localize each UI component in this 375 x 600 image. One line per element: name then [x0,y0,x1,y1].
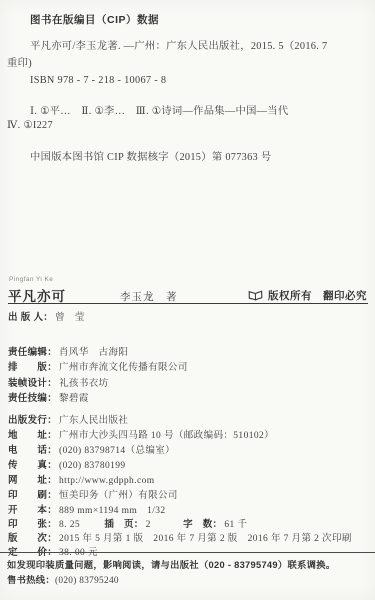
sheets-label: 印 张： [8,519,57,530]
sales-hotline: 售书热线：(020) 83795240 [7,572,119,586]
row-label: 出版发行： [8,415,57,426]
cip-entry-line2: 重印) [7,54,32,69]
row-format: 开 本：889 mm×1194 mm 1/32 [8,502,166,516]
quality-notice: 如发现印装质量问题，影响阅读，请与出版社（020 - 83795749）联系调换… [7,557,335,571]
wordcount-value: 61 千 [222,520,247,530]
title-divider-rule [8,303,368,304]
row-label: 地 址： [8,430,57,441]
row-fax: 传 真：(020) 83780199 [8,457,126,471]
wordcount-label: 字 数： [183,519,222,530]
row-value: 曾 莹 [53,313,85,323]
sheets-value: 8. 25 [57,520,80,530]
row-value: 2015 年 5 月第 1 版 2016 年 7 月第 2 版 2016 年 7… [57,534,352,544]
title-pinyin: Pingfan Yi Ke [9,276,53,283]
copyright-notice: 版权所有 翻印必究 [248,288,367,303]
row-label: 开 本： [8,505,57,516]
row-label: 版 次： [8,533,57,544]
row-design: 装帧设计：礼孩书衣坊 [8,375,109,389]
row-sheets-inserts-words: 印 张：8. 25 插 页：2 字 数：61 千 [8,516,247,530]
row-value: http://www.gdpph.com [57,476,155,486]
open-book-icon [248,290,263,301]
row-value: (020) 83798714（总编室） [57,446,175,456]
footer-divider-rule [0,552,375,553]
row-value: 礼孩书衣坊 [57,379,109,389]
book-author: 李玉龙 著 [120,289,178,304]
copyright-page: 图书在版编目（CIP）数据 平凡亦可/李玉龙著. —广州：广东人民出版社，201… [0,0,375,600]
row-price: 定 价：38. 00 元 [8,544,98,558]
hotline-number: (020) 83795240 [55,576,119,586]
row-value: (020) 83780199 [57,461,126,471]
row-label: 装帧设计： [8,378,57,389]
row-printer: 印 刷：恒美印务（广州）有限公司 [8,487,178,501]
row-website: 网 址：http://www.gdpph.com [8,472,155,486]
row-value: 黎碧霞 [57,394,89,404]
row-editor: 责任编辑：肖风华 古海阳 [8,344,128,358]
row-publisher-person: 出 版 人：曾 莹 [8,309,85,323]
cip-entry-line1: 平凡亦可/李玉龙著. —广州：广东人民出版社，2015. 5（2016. 7 [30,37,327,52]
row-label: 出 版 人： [8,312,53,323]
row-phone: 电 话：(020) 83798714（总编室） [8,442,175,456]
row-label: 责任编辑： [8,347,57,358]
book-title: 平凡亦可 [8,285,66,305]
row-value: 广东人民出版社 [57,416,128,426]
inserts-value: 2 [144,520,151,530]
row-label: 传 真： [8,460,57,471]
row-value: 肖风华 古海阳 [57,348,128,358]
hotline-label: 售书热线： [7,575,55,585]
classification-line1: Ⅰ. ①平… Ⅱ. ①李… Ⅲ. ①诗词—作品集—中国—当代 [30,102,288,117]
row-edition: 版 次：2015 年 5 月第 1 版 2016 年 7 月第 2 版 2016… [8,530,352,544]
row-label: 责任技编： [8,393,57,404]
row-label: 电 话： [8,445,57,456]
row-address: 地 址：广州市大沙头四马路 10 号（邮政编码：510102） [8,427,274,441]
row-label: 网 址： [8,475,57,486]
row-label: 排 版： [8,362,57,373]
row-label: 印 刷： [8,490,57,501]
inserts-label: 插 页： [104,519,143,530]
row-value: 广州市奔流文化传播有限公司 [57,363,188,373]
isbn-line: ISBN 978 - 7 - 218 - 10067 - 8 [30,75,166,86]
row-typesetting: 排 版：广州市奔流文化传播有限公司 [8,359,188,373]
row-value: 广州市大沙头四马路 10 号（邮政编码：510102） [57,431,274,441]
row-publisher: 出版发行：广东人民出版社 [8,412,128,426]
row-technical-editor: 责任技编：黎碧霞 [8,390,89,404]
copyright-text: 版权所有 翻印必究 [268,288,367,303]
cip-heading: 图书在版编目（CIP）数据 [30,12,159,27]
row-value: 889 mm×1194 mm 1/32 [57,506,166,516]
classification-line2: Ⅳ. ①I227 [7,119,53,131]
row-value: 恒美印务（广州）有限公司 [57,491,178,501]
cip-record-number: 中国版本图书馆 CIP 数据核字（2015）第 077363 号 [30,148,271,163]
